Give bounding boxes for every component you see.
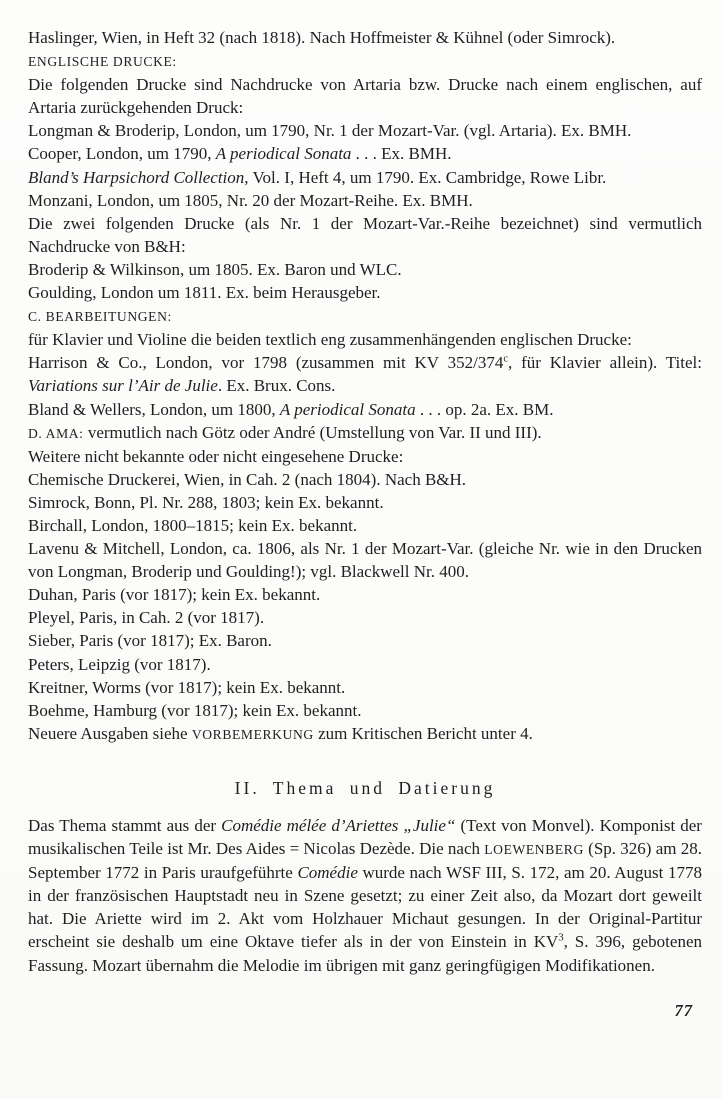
entry-monzani: Monzani, London, um 1805, Nr. 20 der Moz… <box>28 189 702 212</box>
section-heading-thema-datierung: II. Thema und Datierung <box>28 777 702 800</box>
entry-longman-broderip: Longman & Broderip, London, um 1790, Nr.… <box>28 119 702 142</box>
book-page: Haslinger, Wien, in Heft 32 (nach 1818).… <box>0 0 722 1099</box>
para-zwei-folgende: Die zwei folgenden Drucke (als Nr. 1 der… <box>28 212 702 258</box>
page-body: Haslinger, Wien, in Heft 32 (nach 1818).… <box>28 26 702 977</box>
entry-boehme: Boehme, Hamburg (vor 1817); kein Ex. bek… <box>28 699 702 722</box>
para-weitere-drucke: Weitere nicht bekannte oder nicht einges… <box>28 445 702 468</box>
entry-goulding: Goulding, London um 1811. Ex. beim Herau… <box>28 281 702 304</box>
entry-peters: Peters, Leipzig (vor 1817). <box>28 653 702 676</box>
entry-d-ama: D. AMA: vermutlich nach Götz oder André … <box>28 421 702 445</box>
entry-kreitner: Kreitner, Worms (vor 1817); kein Ex. bek… <box>28 676 702 699</box>
label-englische-drucke: ENGLISCHE DRUCKE: <box>28 49 702 73</box>
para-thema: Das Thema stammt aus der Comédie mélée d… <box>28 814 702 977</box>
entry-birchall: Birchall, London, 1800–1815; kein Ex. be… <box>28 514 702 537</box>
entry-broderip-wilkinson: Broderip & Wilkinson, um 1805. Ex. Baron… <box>28 258 702 281</box>
entry-duhan: Duhan, Paris (vor 1817); kein Ex. bekann… <box>28 583 702 606</box>
para-fuer-klavier: für Klavier und Violine die beiden textl… <box>28 328 702 351</box>
entry-pleyel: Pleyel, Paris, in Cah. 2 (vor 1817). <box>28 606 702 629</box>
entry-sieber: Sieber, Paris (vor 1817); Ex. Baron. <box>28 629 702 652</box>
para-neuere-ausgaben: Neuere Ausgaben siehe VORBEMERKUNG zum K… <box>28 722 702 746</box>
entry-cooper: Cooper, London, um 1790, A periodical So… <box>28 142 702 165</box>
entry-lavenu-mitchell: Lavenu & Mitchell, London, ca. 1806, als… <box>28 537 702 583</box>
label-bearbeitungen: C. BEARBEITUNGEN: <box>28 304 702 328</box>
entry-harrison: Harrison & Co., London, vor 1798 (zusamm… <box>28 351 702 397</box>
entry-bland-harpsichord: Bland’s Harpsichord Collection, Vol. I, … <box>28 166 702 189</box>
entry-bland-wellers: Bland & Wellers, London, um 1800, A peri… <box>28 398 702 421</box>
entry-simrock: Simrock, Bonn, Pl. Nr. 288, 1803; kein E… <box>28 491 702 514</box>
entry-chemische-druckerei: Chemische Druckerei, Wien, in Cah. 2 (na… <box>28 468 702 491</box>
para-folgende-drucke: Die folgenden Drucke sind Nachdrucke von… <box>28 73 702 119</box>
page-number: 77 <box>675 1001 694 1021</box>
entry-haslinger: Haslinger, Wien, in Heft 32 (nach 1818).… <box>28 26 702 49</box>
